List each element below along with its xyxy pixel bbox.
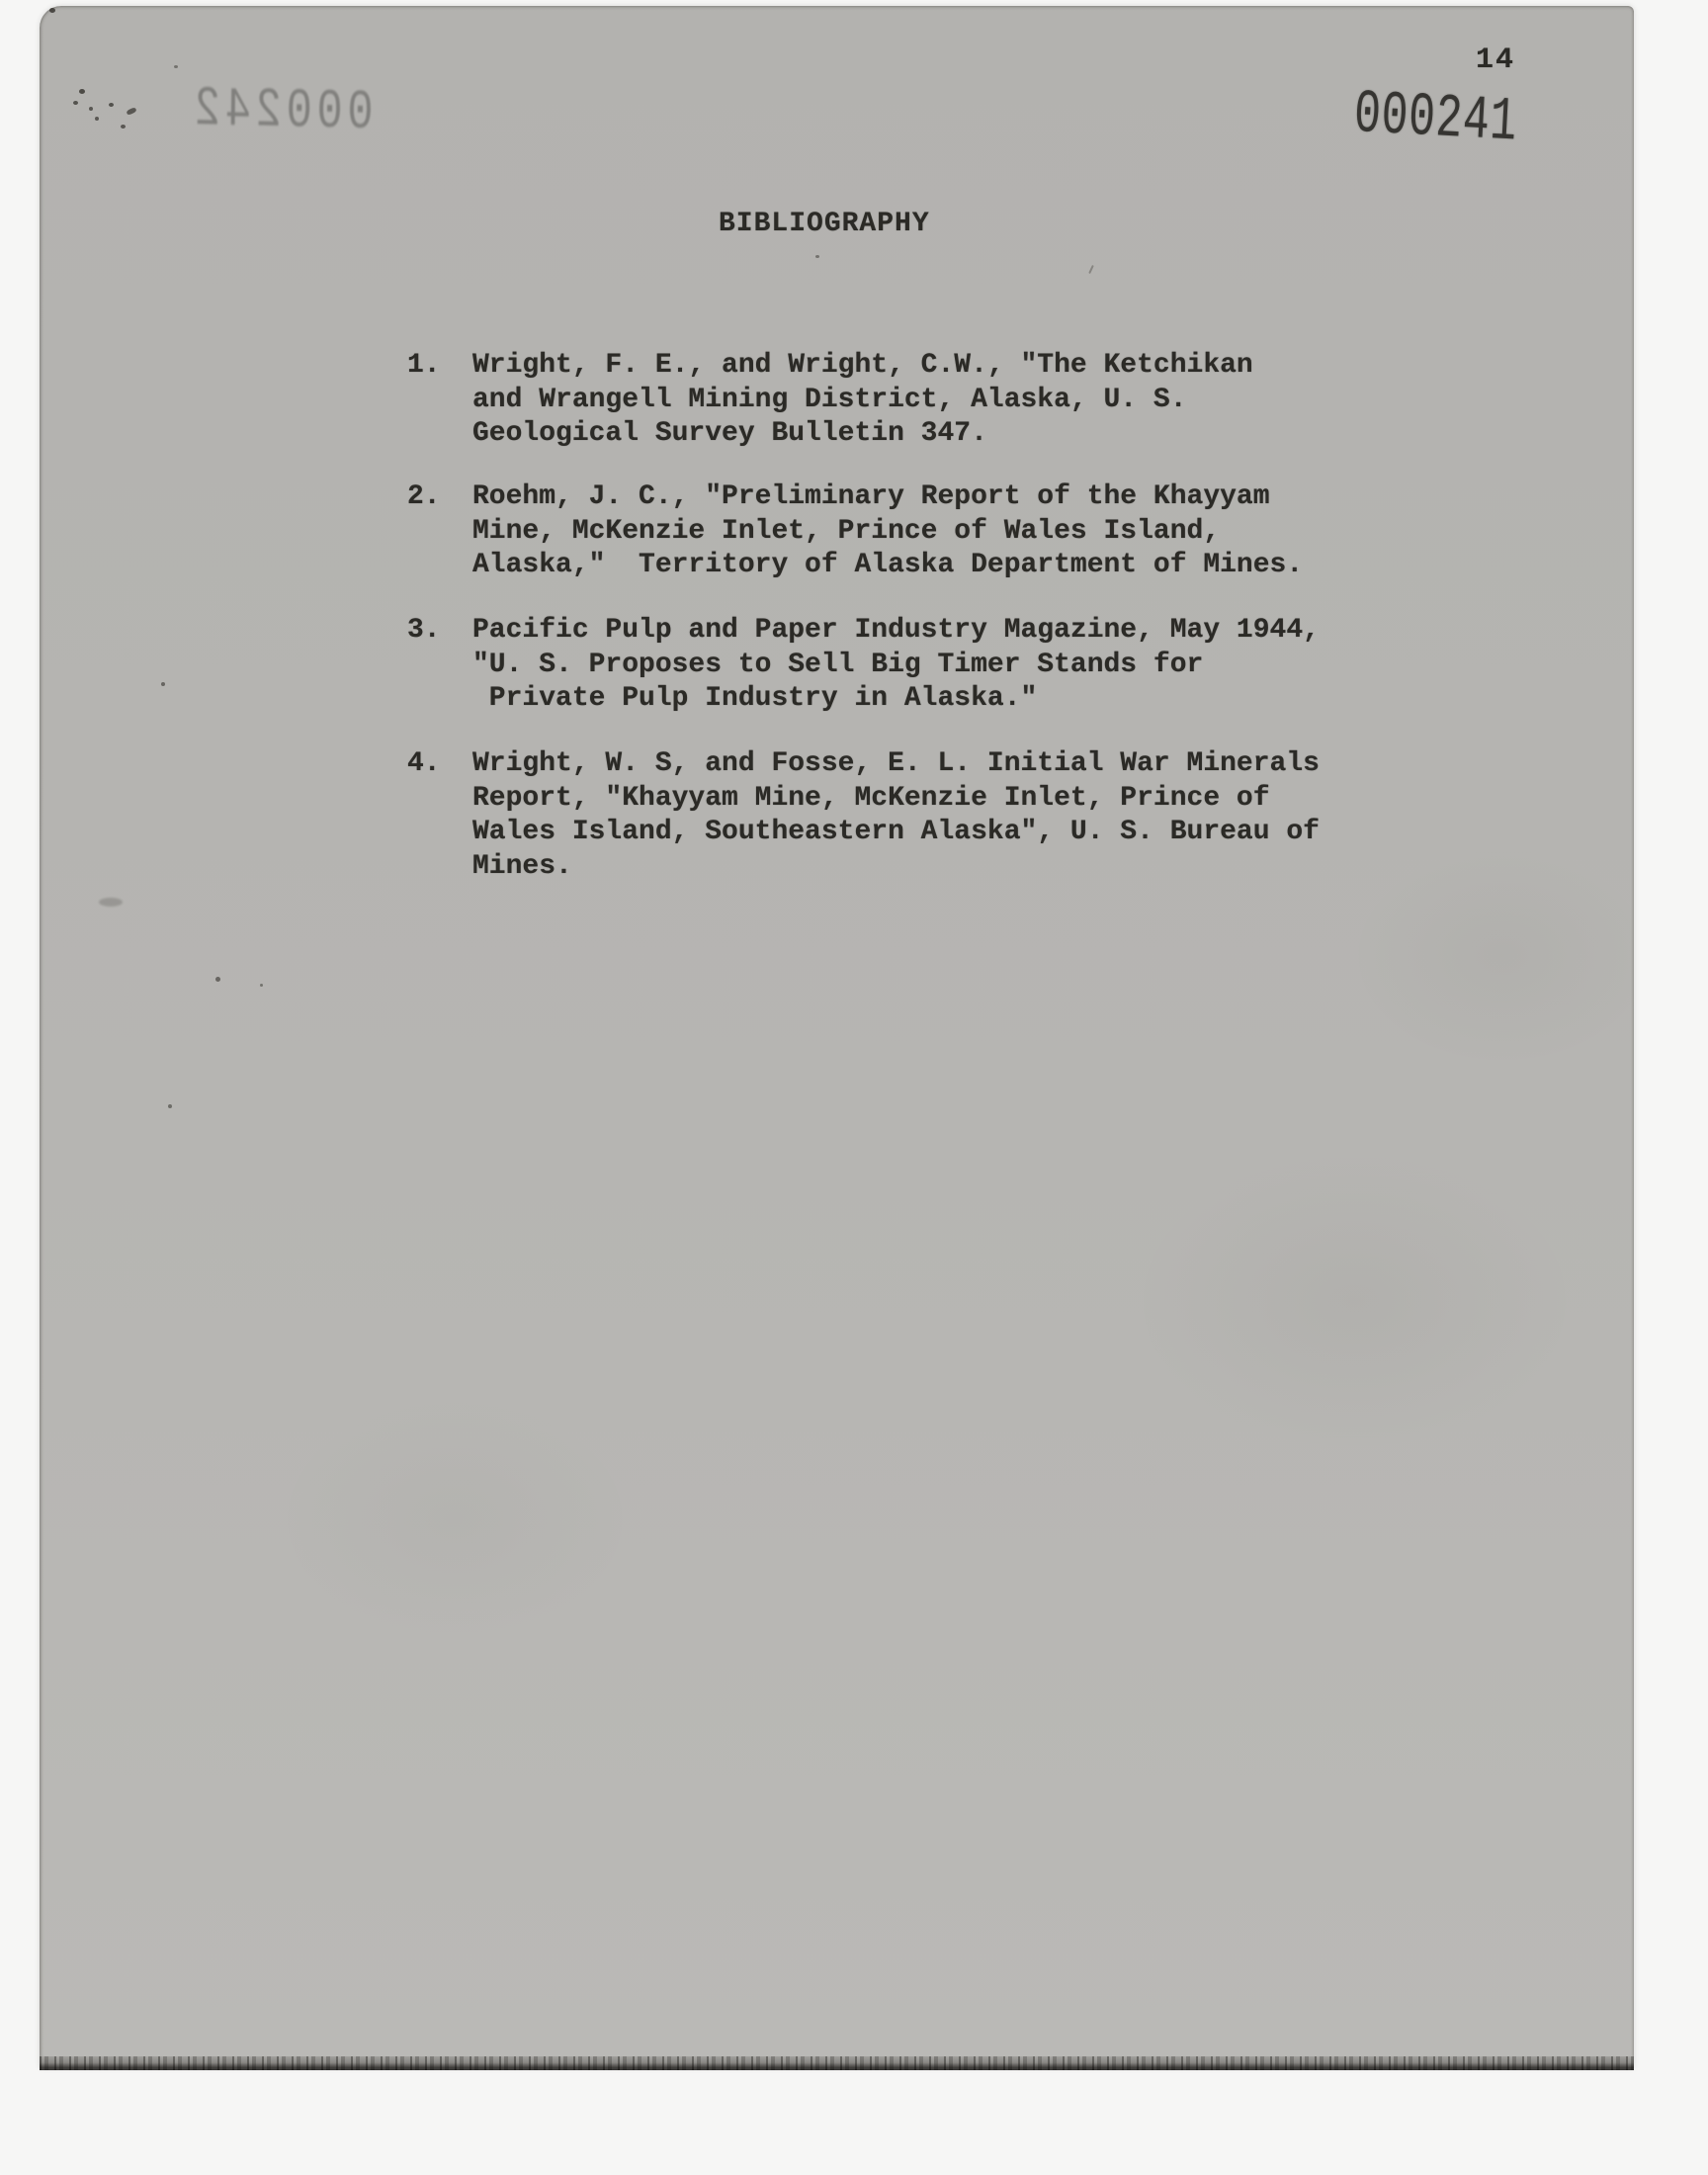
page-number: 14	[1476, 43, 1515, 77]
ink-speck	[215, 977, 220, 982]
entry-text: Roehm, J. C., "Preliminary Report of the…	[472, 480, 1303, 583]
ink-speck	[79, 89, 85, 94]
entry-line: Private Pulp Industry in Alaska."	[472, 682, 1320, 717]
ink-speck	[121, 125, 126, 129]
entry-line: Wales Island, Southeastern Alaska", U. S…	[472, 816, 1320, 850]
scan-background: 14 000241 000242 BIBLIOGRAPHY 1. Wright,…	[0, 0, 1708, 2175]
page-title: BIBLIOGRAPHY	[719, 209, 930, 239]
entry-line: Pacific Pulp and Paper Industry Magazine…	[472, 614, 1320, 649]
bibliography-entry-2: 2. Roehm, J. C., "Preliminary Report of …	[407, 480, 1303, 583]
document-page: 14 000241 000242 BIBLIOGRAPHY 1. Wright,…	[40, 6, 1634, 2068]
mirrored-stamp-number: 000242	[190, 77, 374, 144]
entry-number: 1.	[407, 349, 472, 384]
ink-speck	[49, 8, 55, 13]
ink-speck	[95, 117, 99, 121]
entry-line: "U. S. Proposes to Sell Big Timer Stands…	[472, 649, 1320, 683]
bibliography-entry-1: 1. Wright, F. E., and Wright, C.W., "The…	[407, 349, 1253, 452]
entry-line: Report, "Khayyam Mine, McKenzie Inlet, P…	[472, 782, 1320, 817]
smudge	[99, 898, 123, 907]
entry-line: Mine, McKenzie Inlet, Prince of Wales Is…	[472, 515, 1303, 550]
entry-line: Roehm, J. C., "Preliminary Report of the…	[472, 480, 1303, 515]
ink-speck	[161, 682, 165, 686]
entry-line: Geological Survey Bulletin 347.	[472, 417, 1253, 452]
ink-speck	[260, 984, 263, 987]
bibliography-entry-3: 3. Pacific Pulp and Paper Industry Magaz…	[407, 614, 1320, 717]
ink-speck	[109, 103, 114, 107]
entry-line: Alaska," Territory of Alaska Department …	[472, 549, 1303, 583]
ink-speck	[89, 107, 93, 111]
ink-speck	[168, 1104, 172, 1108]
entry-line: and Wrangell Mining District, Alaska, U.…	[472, 384, 1253, 418]
ink-speck	[174, 65, 178, 68]
entry-number: 4.	[407, 747, 472, 782]
entry-text: Pacific Pulp and Paper Industry Magazine…	[472, 614, 1320, 717]
ink-speck	[126, 107, 136, 116]
entry-line: Wright, F. E., and Wright, C.W., "The Ke…	[472, 349, 1253, 384]
entry-number: 2.	[407, 480, 472, 515]
entry-text: Wright, F. E., and Wright, C.W., "The Ke…	[472, 349, 1253, 452]
entry-number: 3.	[407, 614, 472, 649]
scan-mark	[1088, 265, 1094, 274]
bibliography-entry-4: 4. Wright, W. S, and Fosse, E. L. Initia…	[407, 747, 1320, 884]
entry-line: Mines.	[472, 850, 1320, 885]
entry-text: Wright, W. S, and Fosse, E. L. Initial W…	[472, 747, 1320, 884]
ink-speck	[73, 101, 78, 105]
page-bottom-edge	[40, 2056, 1634, 2070]
stamp-number: 000241	[1352, 79, 1519, 158]
ink-speck	[815, 255, 819, 258]
entry-line: Wright, W. S, and Fosse, E. L. Initial W…	[472, 747, 1320, 782]
